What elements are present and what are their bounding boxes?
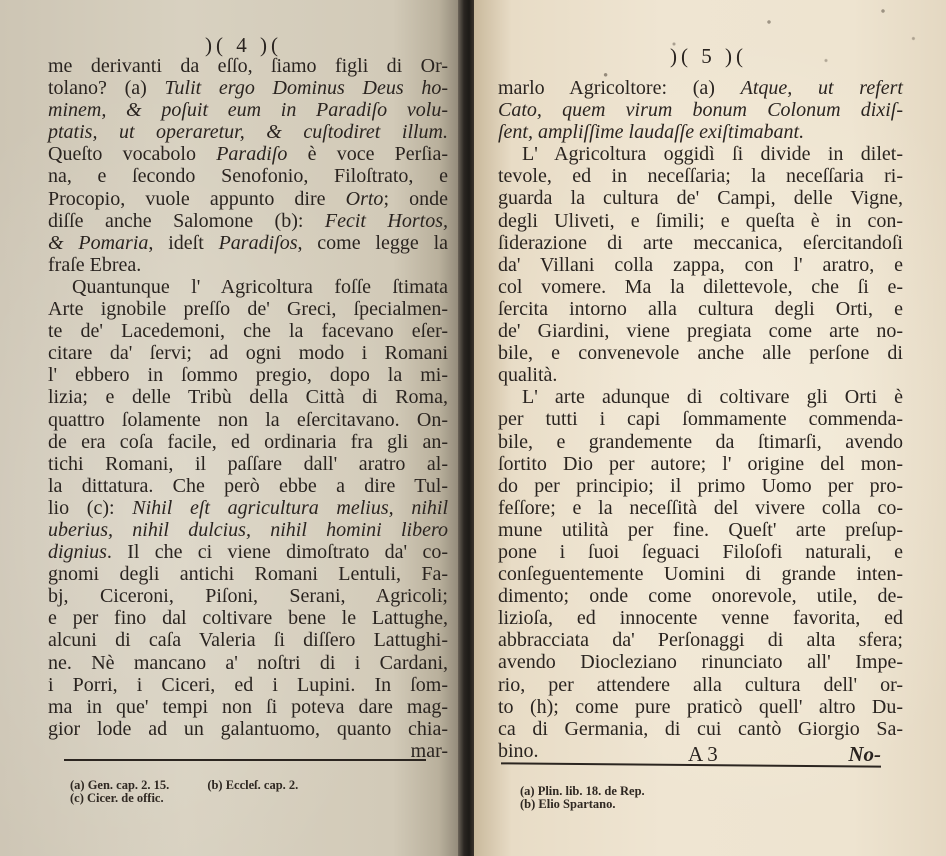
text-line: Procopio, vuole appunto dire Orto; onde [48,188,448,210]
roman-text: ca di Germania, di cui cantò Giorgio Sa- [498,718,903,740]
right-page: )( 5 )( marlo Agricoltore: (a) Atque, ut… [474,0,946,856]
text-line: ſiderazione di arte meccanica, eſercitan… [498,232,903,254]
text-line: tolano? (a) Tulit ergo Dominus Deus ho- [48,77,448,99]
roman-text: l' ebbero in ſommo pregio, dopo la mi- [48,364,448,386]
italic-text: Paradiſo [216,143,287,165]
text-line: tevole, ed in neceſſaria; la neceſſaria … [498,165,903,187]
italic-text: Fecit Hortos, [325,210,448,232]
text-line: Cato, quem virum bonum Colonum dixiſ- [498,99,903,121]
italic-text: dignius [48,541,107,563]
text-line: minem, & poſuit eum in Paradiſo volu- [48,99,448,121]
roman-text: dimento; onde come onorevole, utile, de- [498,585,903,607]
roman-text: Queſto vocabolo [48,143,216,165]
text-line: Arte ignobile preſſo de' Greci, ſpecialm… [48,298,448,320]
text-line: to (h); come pure praticò quell' altro D… [498,696,903,718]
footnote-b: (b) Eccleſ. cap. 2. [207,778,298,792]
roman-text: guarda la cultura de' Campi, delle Vigne… [498,187,903,209]
roman-text: feſſore; e la neceſſità del vivere colla… [498,497,903,519]
roman-text: Arte ignobile preſſo de' Greci, ſpecialm… [48,298,448,320]
text-line: quattro ſolamente non la eſercitavano. O… [48,409,448,431]
roman-text: bile, e grandemente da ſtimarſi, avendo [498,431,903,453]
text-line: ſortito Dio per autore; l' origine del m… [498,453,903,475]
text-line: conſeguentemente Uomini di grande inten- [498,563,903,585]
text-line: qualità. [498,364,903,386]
roman-text: degli Uliveti, e ſimili; e queſta è in c… [498,210,903,232]
left-page: )( 4 )( me derivanti da eſſo, ſiamo figl… [0,0,462,856]
left-body-text: me derivanti da eſſo, ſiamo figli di Or-… [48,55,448,762]
text-line: Queſto vocabolo Paradiſo è voce Perſia- [48,143,448,165]
text-line: diſſe anche Salomone (b): Fecit Hortos, [48,210,448,232]
text-line: L' arte adunque di coltivare gli Orti è [498,386,903,408]
text-line: lizioſa, ed innocente venne favorita, ed [498,607,903,629]
italic-text: Nihil eſt agricultura melius, nihil [132,497,448,519]
text-line: feſſore; e la neceſſità del vivere colla… [498,497,903,519]
text-line: lio (c): Nihil eſt agricultura melius, n… [48,497,448,519]
roman-text: qualità. [498,364,557,386]
text-line: col vomere. Ma la dilettevole, che ſi e- [498,276,903,298]
text-line: guarda la cultura de' Campi, delle Vigne… [498,187,903,209]
roman-text: ma in que' tempi non ſi poteva dare mag- [48,696,448,718]
roman-text: . Il che ci viene dimoſtrato da' co- [107,541,448,563]
italic-text: uberius, nihil dulcius, nihil homini lib… [48,519,448,541]
text-line: bile, e grandemente da ſtimarſi, avendo [498,431,903,453]
text-line: bile, e convenevole anche alle perſone d… [498,342,903,364]
roman-text: bj, Ciceroni, Piſoni, Serani, Agricoli; [48,585,448,607]
roman-text: citare da' ſervi; ad ogni modo i Romani [48,342,448,364]
text-line: da' Villani colla zappa, con l' aratro, … [498,254,903,276]
roman-text: e per fino dal coltivare bene le Lattugh… [48,607,448,629]
roman-text: do per principio; il primo Uomo per pro- [498,475,903,497]
roman-text: tolano? (a) [48,77,165,99]
text-line: dimento; onde come onorevole, utile, de- [498,585,903,607]
footnotes-left: (a) Gen. cap. 2. 15.(b) Eccleſ. cap. 2. … [70,779,430,805]
roman-text: lio (c): [48,497,132,519]
text-line: ma in que' tempi non ſi poteva dare mag- [48,696,448,718]
roman-text: da' Villani colla zappa, con l' aratro, … [498,254,903,276]
text-line: do per principio; il primo Uomo per pro- [498,475,903,497]
text-line: te de' Lacedemoni, che la facevano eſer- [48,320,448,342]
text-line: ne. Nè mancano a' noſtri di i Cardani, [48,652,448,674]
roman-text: ſortito Dio per autore; l' origine del m… [498,453,903,475]
text-line: citare da' ſervi; ad ogni modo i Romani [48,342,448,364]
roman-text: Procopio, vuole appunto dire [48,188,346,210]
footnotes-right: (a) Plin. lib. 18. de Rep. (b) Elio Spar… [520,785,820,811]
roman-text: pone i ſuoi ſeguaci Filoſofi naturali, e [498,541,903,563]
roman-text: fraſe Ebrea. [48,254,141,276]
roman-text: avendo Diocleziano rinunciato all' Impe- [498,651,903,673]
roman-text: te de' Lacedemoni, che la facevano eſer- [48,320,448,342]
text-line: marlo Agricoltore: (a) Atque, ut refert [498,77,903,99]
roman-text: Quantunque l' Agricoltura foſſe ſtimata [72,276,448,298]
roman-text: , ideſt [148,232,218,254]
text-line: ptatis, ut operaretur, & cuſtodiret illu… [48,121,448,143]
roman-text: tichi Romani, il paſſare dall' aratro al… [48,453,448,475]
italic-text: & Pomaria [48,232,148,254]
roman-text: gior lode ad un galantuomo, quanto chia- [48,718,448,740]
roman-text: diſſe anche Salomone (b): [48,210,325,232]
text-line: ca di Germania, di cui cantò Giorgio Sa- [498,718,903,740]
text-line: tichi Romani, il paſſare dall' aratro al… [48,453,448,475]
roman-text: mune utilità per fine. Queſt' arte preſu… [498,519,903,541]
italic-text: ptatis, ut operaretur, & cuſtodiret illu… [48,121,448,143]
text-line: ſent, ampliſſime laudaſſe exiſtimabant. [498,121,903,143]
roman-text: L' arte adunque di coltivare gli Orti è [522,386,903,408]
roman-text: ſercita intorno alla cultura degli Orti,… [498,298,903,320]
text-line: la dittatura. Che però ebbe a dire Tul- [48,475,448,497]
italic-text: Orto [346,188,384,210]
roman-text: de era coſa facile, ed ordinaria fra gli… [48,431,448,453]
text-line: degli Uliveti, e ſimili; e queſta è in c… [498,210,903,232]
text-line: e per fino dal coltivare bene le Lattugh… [48,607,448,629]
text-line: & Pomaria, ideſt Paradiſos, come legge l… [48,232,448,254]
text-line: mune utilità per fine. Queſt' arte preſu… [498,519,903,541]
text-line: Quantunque l' Agricoltura foſſe ſtimata [48,276,448,298]
footnote-b: (b) Elio Spartano. [520,798,820,811]
text-line: pone i ſuoi ſeguaci Filoſofi naturali, e [498,541,903,563]
italic-text: ſent, ampliſſime laudaſſe exiſtimabant. [498,121,804,143]
roman-text: gnomi degli antichi Romani Lentuli, Fa- [48,563,448,585]
footnote-a: (a) Gen. cap. 2. 15. [70,778,169,792]
roman-text: ne. Nè mancano a' noſtri di i Cardani, [48,652,448,674]
roman-text: per tutti i capi ſommamente commenda- [498,408,903,430]
text-line: abbracciata da' Perſonaggi di alta sfera… [498,629,903,651]
italic-text: Tulit ergo Dominus Deus ho- [165,77,448,99]
roman-text: abbracciata da' Perſonaggi di alta sfera… [498,629,903,651]
roman-text: na, e ſecondo Senofonio, Filoſtrato, e [48,165,448,187]
roman-text: ſiderazione di arte meccanica, eſercitan… [498,232,903,254]
italic-text: Cato, quem virum bonum Colonum dixiſ- [498,99,903,121]
italic-text: Paradiſos [219,232,298,254]
text-line: lizia; e delle Tribù della Città di Roma… [48,386,448,408]
text-line: de' Giardini, viene pregiata come arte n… [498,320,903,342]
roman-text: rio, per attendere alla cultura dell' or… [498,674,903,696]
text-line: alcuni di caſa Valeria ſi diſſero Lattug… [48,629,448,651]
text-line: fraſe Ebrea. [48,254,448,276]
text-line: de era coſa facile, ed ordinaria fra gli… [48,431,448,453]
footnote-rule-left [64,759,426,761]
page-number-right: )( 5 )( [670,44,747,69]
text-line: avendo Diocleziano rinunciato all' Impe- [498,651,903,673]
roman-text: to (h); come pure praticò quell' altro D… [498,696,903,718]
roman-text: bile, e convenevole anche alle perſone d… [498,342,903,364]
roman-text: , come legge la [297,232,448,254]
catchword: No- [848,742,881,767]
text-line: bj, Ciceroni, Piſoni, Serani, Agricoli; [48,585,448,607]
roman-text: è voce Perſia- [287,143,448,165]
roman-text: i Porri, i Ciceri, ed i Lupini. In ſom- [48,674,448,696]
text-line: rio, per attendere alla cultura dell' or… [498,674,903,696]
footnote-c: (c) Cicer. de offic. [70,792,430,805]
roman-text: de' Giardini, viene pregiata come arte n… [498,320,903,342]
text-line: i Porri, i Ciceri, ed i Lupini. In ſom- [48,674,448,696]
text-line: l' ebbero in ſommo pregio, dopo la mi- [48,364,448,386]
roman-text: tevole, ed in neceſſaria; la neceſſaria … [498,165,903,187]
roman-text: col vomere. Ma la dilettevole, che ſi e- [498,276,903,298]
text-line: per tutti i capi ſommamente commenda- [498,408,903,430]
text-line: uberius, nihil dulcius, nihil homini lib… [48,519,448,541]
italic-text: Atque, ut refert [741,77,903,99]
roman-text: marlo Agricoltore: (a) [498,77,741,99]
roman-text: la dittatura. Che però ebbe a dire Tul- [48,475,448,497]
roman-text: lizia; e delle Tribù della Città di Roma… [48,386,448,408]
text-line: na, e ſecondo Senofonio, Filoſtrato, e [48,165,448,187]
roman-text: ; onde [383,188,448,210]
text-line: ſercita intorno alla cultura degli Orti,… [498,298,903,320]
italic-text: minem, & poſuit eum in Paradiſo volu- [48,99,448,121]
roman-text: alcuni di caſa Valeria ſi diſſero Lattug… [48,629,448,651]
roman-text: L' Agricoltura oggidì ſi divide in dilet… [522,143,903,165]
roman-text: me derivanti da eſſo, ſiamo figli di Or- [48,55,448,77]
text-line: gnomi degli antichi Romani Lentuli, Fa- [48,563,448,585]
text-line: dignius. Il che ci viene dimoſtrato da' … [48,541,448,563]
text-line: L' Agricoltura oggidì ſi divide in dilet… [498,143,903,165]
text-line: me derivanti da eſſo, ſiamo figli di Or- [48,55,448,77]
roman-text: conſeguentemente Uomini di grande inten- [498,563,903,585]
roman-text: quattro ſolamente non la eſercitavano. O… [48,409,448,431]
text-line: gior lode ad un galantuomo, quanto chia- [48,718,448,740]
right-body-text: marlo Agricoltore: (a) Atque, ut refertC… [498,77,903,762]
roman-text: lizioſa, ed innocente venne favorita, ed [498,607,903,629]
